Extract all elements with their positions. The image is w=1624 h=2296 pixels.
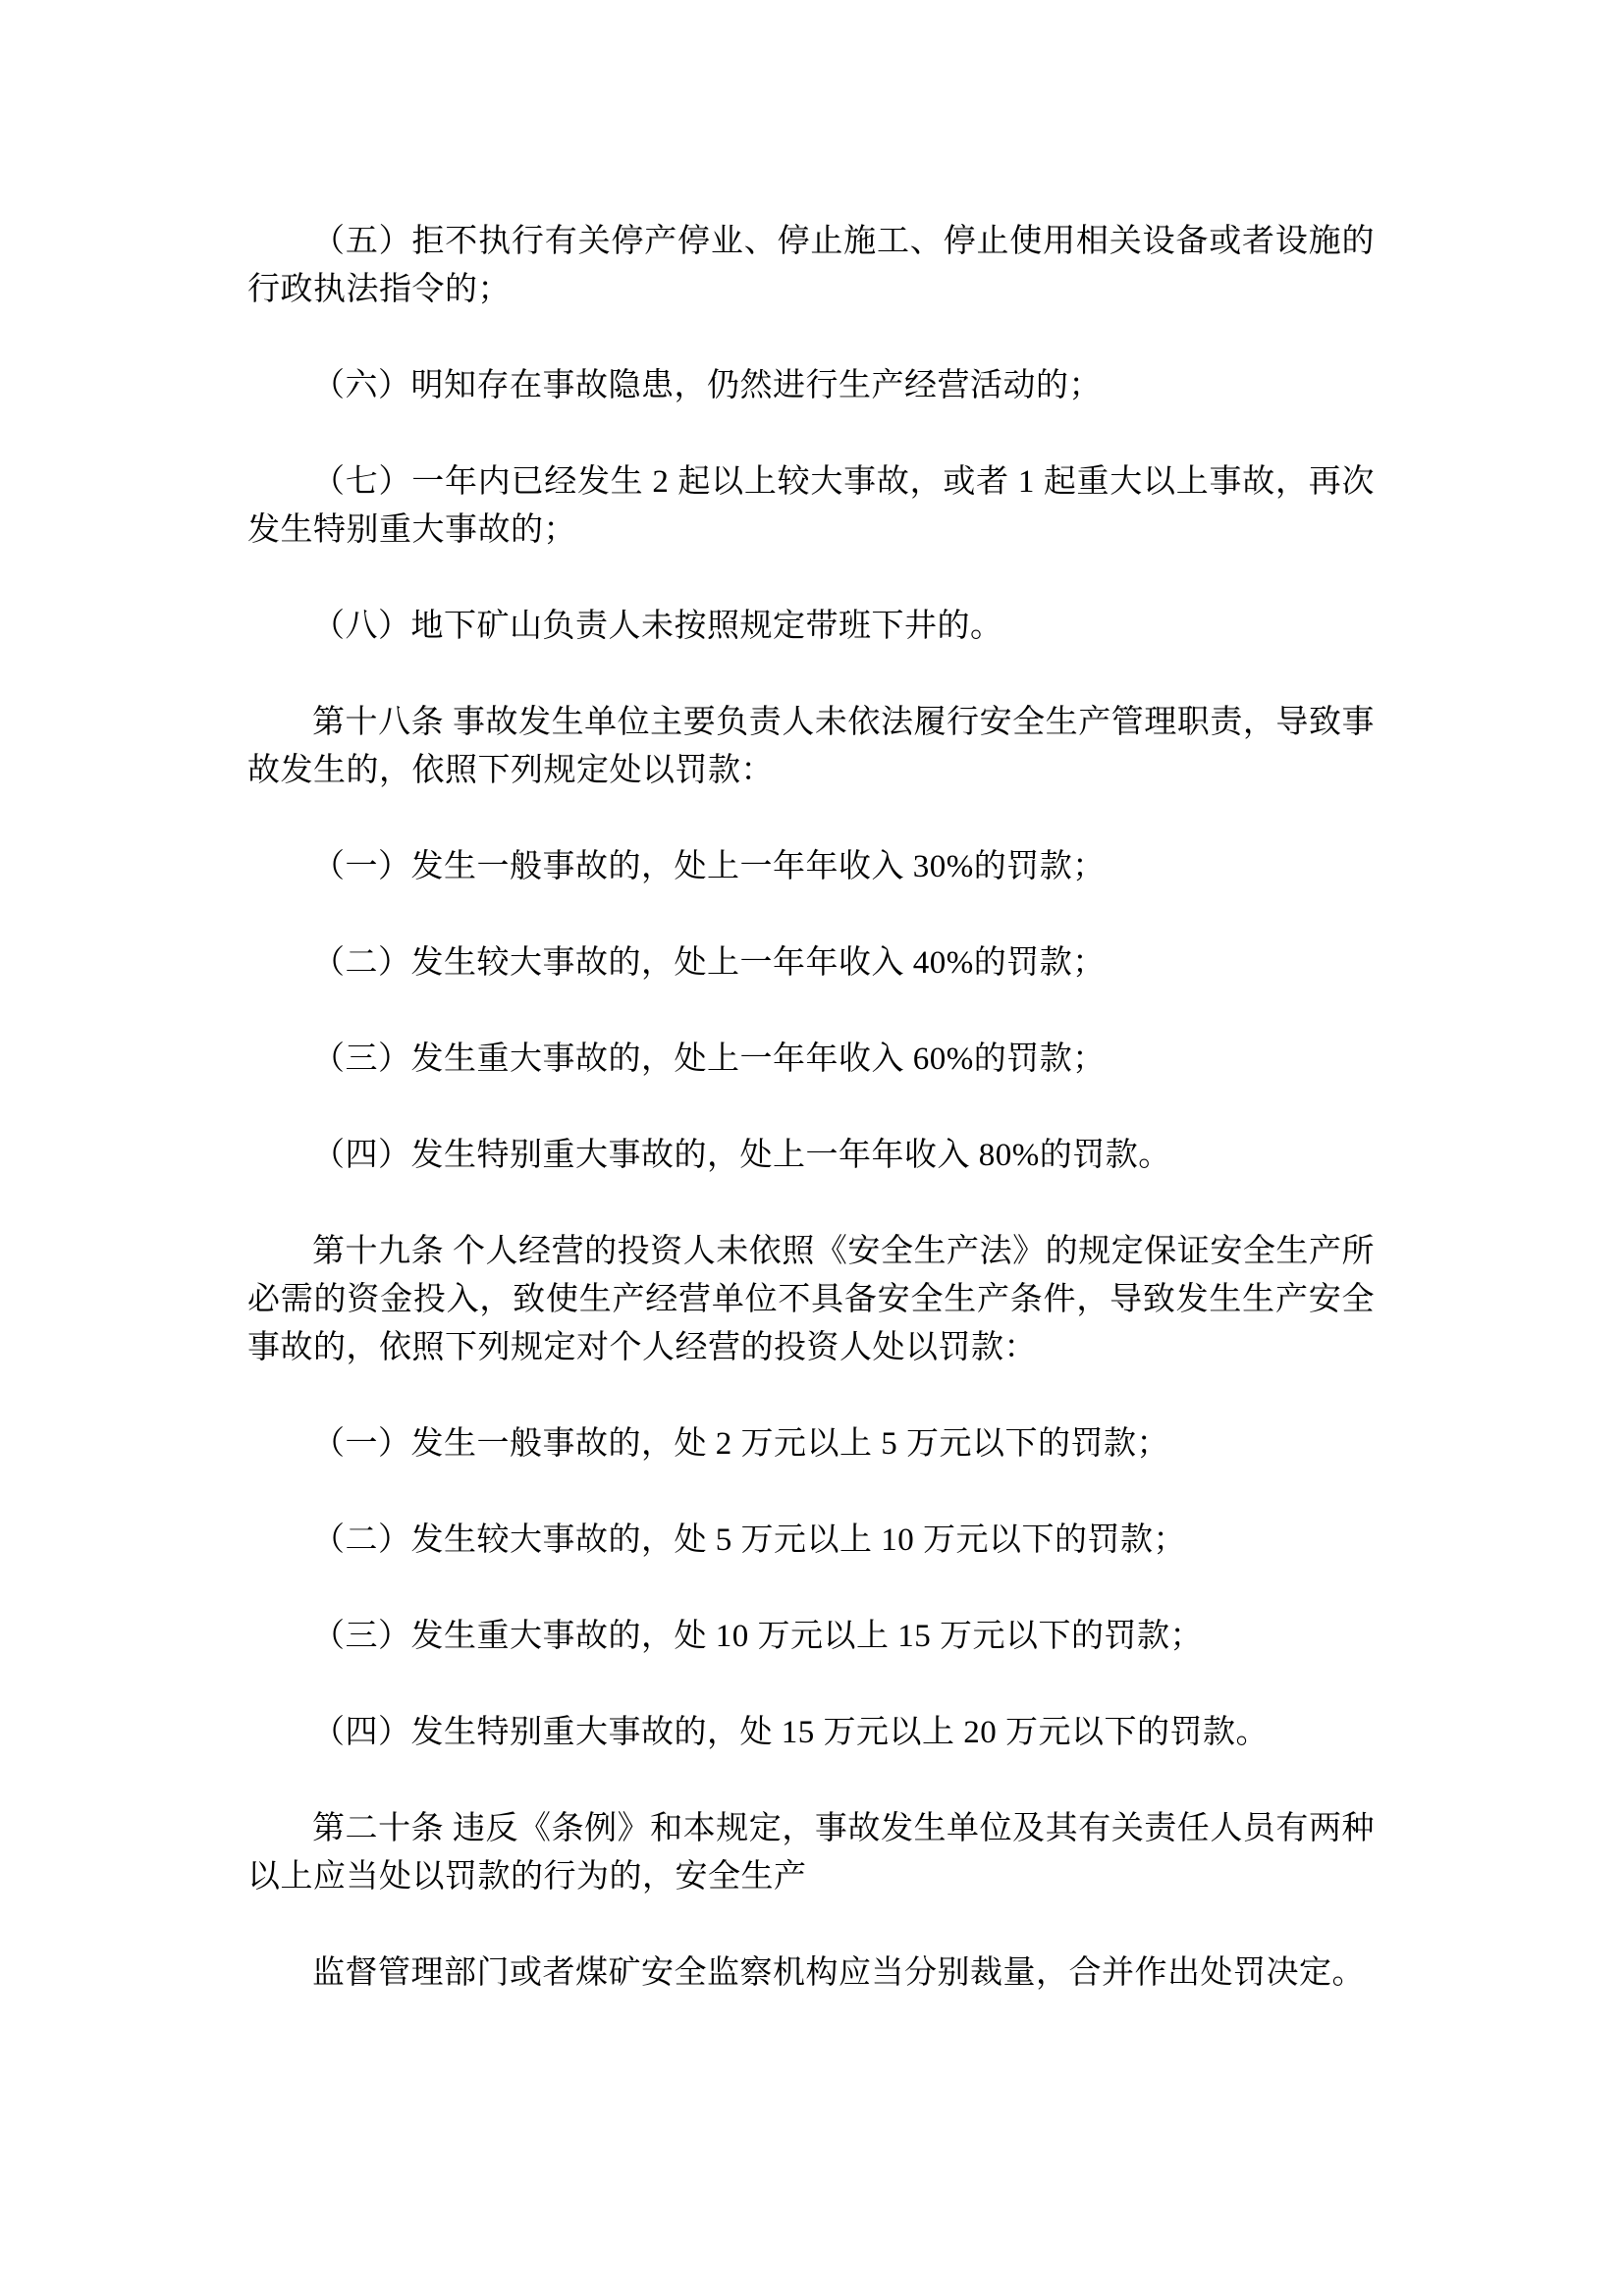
- clause-item-7: （七）一年内已经发生 2 起以上较大事故，或者 1 起重大以上事故，再次发生特别…: [247, 458, 1375, 555]
- article-19-item-4: （四）发生特别重大事故的，处 15 万元以上 20 万元以下的罚款。: [247, 1709, 1375, 1757]
- article-18-item-1: （一）发生一般事故的，处上一年年收入 30%的罚款；: [247, 843, 1375, 891]
- article-19-item-3: （三）发生重大事故的，处 10 万元以上 15 万元以下的罚款；: [247, 1613, 1375, 1661]
- clause-item-5: （五）拒不执行有关停产停业、停止施工、停止使用相关设备或者设施的行政执法指令的；: [247, 218, 1375, 314]
- article-20: 第二十条 违反《条例》和本规定，事故发生单位及其有关责任人员有两种以上应当处以罚…: [247, 1805, 1375, 1901]
- article-18-item-2: （二）发生较大事故的，处上一年年收入 40%的罚款；: [247, 939, 1375, 988]
- article-20-continued: 监督管理部门或者煤矿安全监察机构应当分别裁量，合并作出处罚决定。: [247, 1949, 1375, 1998]
- clause-item-6: （六）明知存在事故隐患，仍然进行生产经营活动的；: [247, 362, 1375, 410]
- article-18: 第十八条 事故发生单位主要负责人未依法履行安全生产管理职责，导致事故发生的，依照…: [247, 699, 1375, 795]
- article-18-item-3: （三）发生重大事故的，处上一年年收入 60%的罚款；: [247, 1036, 1375, 1084]
- article-19: 第十九条 个人经营的投资人未依照《安全生产法》的规定保证安全生产所必需的资金投入…: [247, 1228, 1375, 1372]
- article-18-item-4: （四）发生特别重大事故的，处上一年年收入 80%的罚款。: [247, 1132, 1375, 1180]
- document-body: （五）拒不执行有关停产停业、停止施工、停止使用相关设备或者设施的行政执法指令的；…: [247, 218, 1375, 2046]
- article-19-item-2: （二）发生较大事故的，处 5 万元以上 10 万元以下的罚款；: [247, 1517, 1375, 1565]
- clause-item-8: （八）地下矿山负责人未按照规定带班下井的。: [247, 603, 1375, 651]
- article-19-item-1: （一）发生一般事故的，处 2 万元以上 5 万元以下的罚款；: [247, 1420, 1375, 1468]
- document-page: （五）拒不执行有关停产停业、停止施工、停止使用相关设备或者设施的行政执法指令的；…: [0, 0, 1624, 2296]
